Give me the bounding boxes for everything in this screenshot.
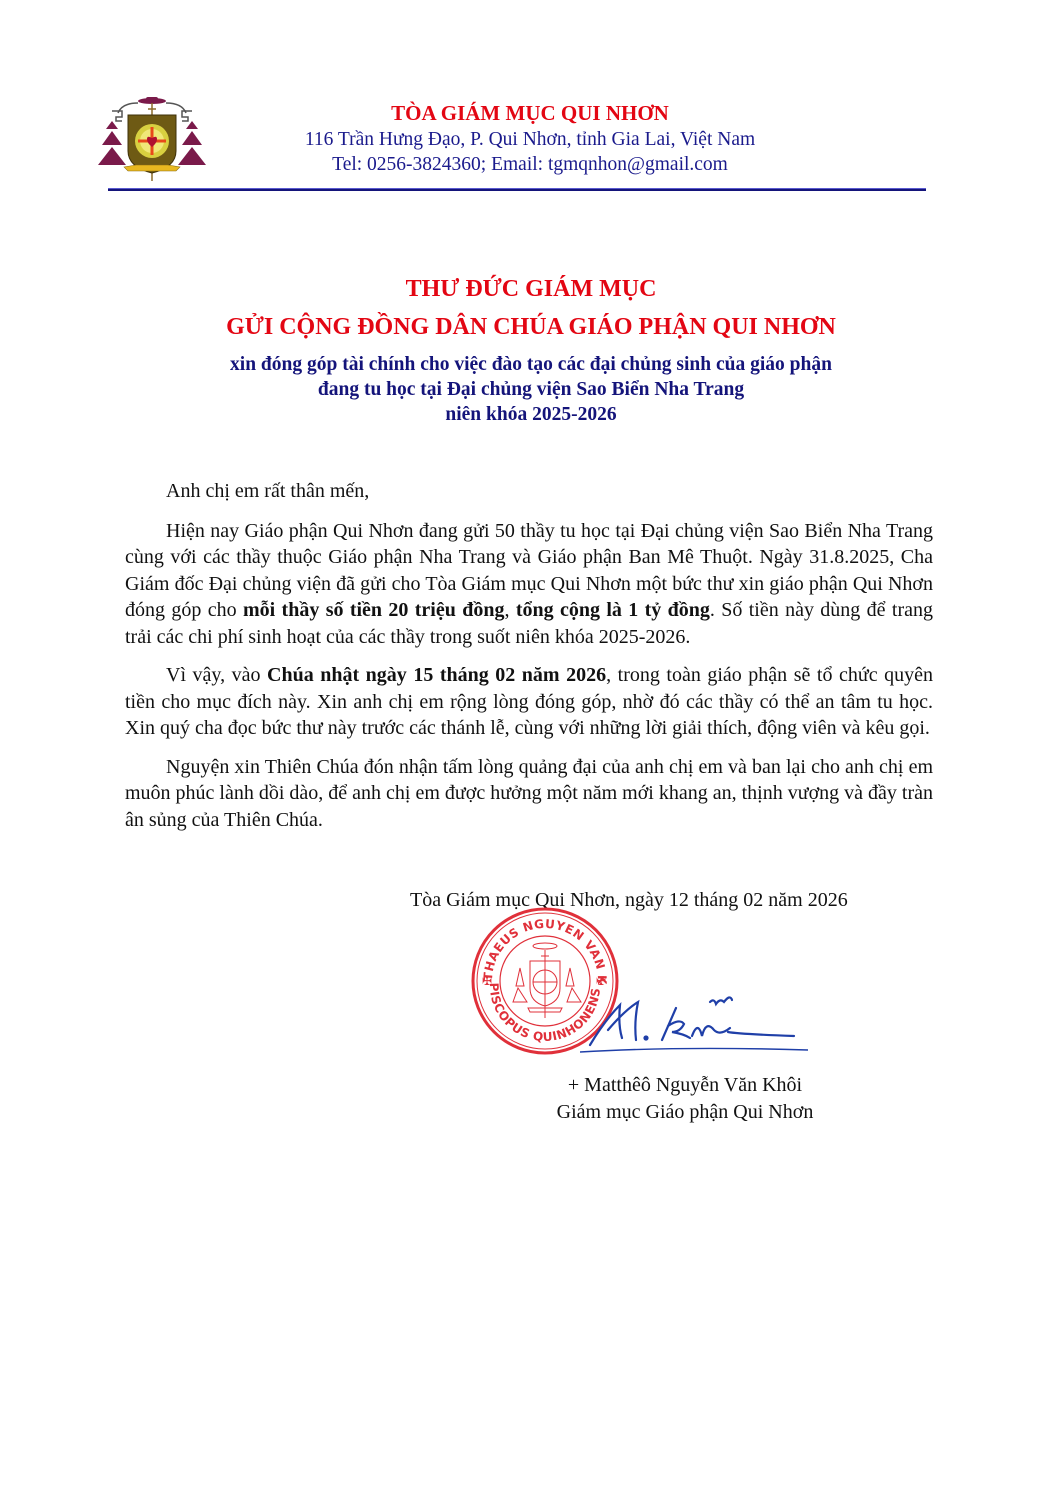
amount-per-seminarian: mỗi thầy số tiền 20 triệu đồng <box>243 599 505 621</box>
total-amount: tổng cộng là 1 tỷ đồng <box>516 599 710 621</box>
letter-subtitle-line: niên khóa 2025-2026 <box>100 402 962 427</box>
letter-subtitle-line: xin đóng góp tài chính cho việc đào tạo … <box>100 352 962 377</box>
letter-body: Anh chị em rất thân mến, Hiện nay Giáo p… <box>125 478 933 845</box>
letter-subtitle-line: đang tu học tại Đại chủng viện Sao Biển … <box>100 377 962 402</box>
organization-address: 116 Trần Hưng Đạo, P. Qui Nhơn, tỉnh Gia… <box>230 127 830 152</box>
signer-name: + Matthêô Nguyễn Văn Khôi <box>520 1072 850 1099</box>
greeting: Anh chị em rất thân mến, <box>166 478 933 505</box>
handwritten-signature-icon <box>580 990 810 1060</box>
paragraph-1: Hiện nay Giáo phận Qui Nhơn đang gửi 50 … <box>125 518 933 651</box>
paragraph-text: , <box>504 599 515 621</box>
paragraph-2: Vì vậy, vào Chúa nhật ngày 15 tháng 02 n… <box>125 662 933 742</box>
signer-title: Giám mục Giáo phận Qui Nhơn <box>520 1099 850 1126</box>
letter-page: TÒA GIÁM MỤC QUI NHƠN 116 Trần Hưng Đạo,… <box>0 0 1061 1500</box>
organization-name: TÒA GIÁM MỤC QUI NHƠN <box>230 100 830 127</box>
paragraph-text: Vì vậy, vào <box>166 664 267 686</box>
letter-recipient: GỬI CỘNG ĐỒNG DÂN CHÚA GIÁO PHẬN QUI NHƠ… <box>100 310 962 352</box>
collection-date: Chúa nhật ngày 15 tháng 02 năm 2026 <box>267 664 606 686</box>
svg-text:✠: ✠ <box>482 974 492 988</box>
letter-title: THƯ ĐỨC GIÁM MỤC <box>100 272 962 310</box>
title-block: THƯ ĐỨC GIÁM MỤC GỬI CỘNG ĐỒNG DÂN CHÚA … <box>100 272 962 427</box>
coat-of-arms-icon <box>92 95 212 181</box>
svg-text:✠: ✠ <box>596 974 606 988</box>
letterhead: TÒA GIÁM MỤC QUI NHƠN 116 Trần Hưng Đạo,… <box>230 100 830 177</box>
organization-contact: Tel: 0256-3824360; Email: tgmqnhon@gmail… <box>230 152 830 177</box>
paragraph-3: Nguyện xin Thiên Chúa đón nhận tấm lòng … <box>125 754 933 834</box>
signer-block: + Matthêô Nguyễn Văn Khôi Giám mục Giáo … <box>520 1072 850 1126</box>
letterhead-divider <box>108 188 926 191</box>
